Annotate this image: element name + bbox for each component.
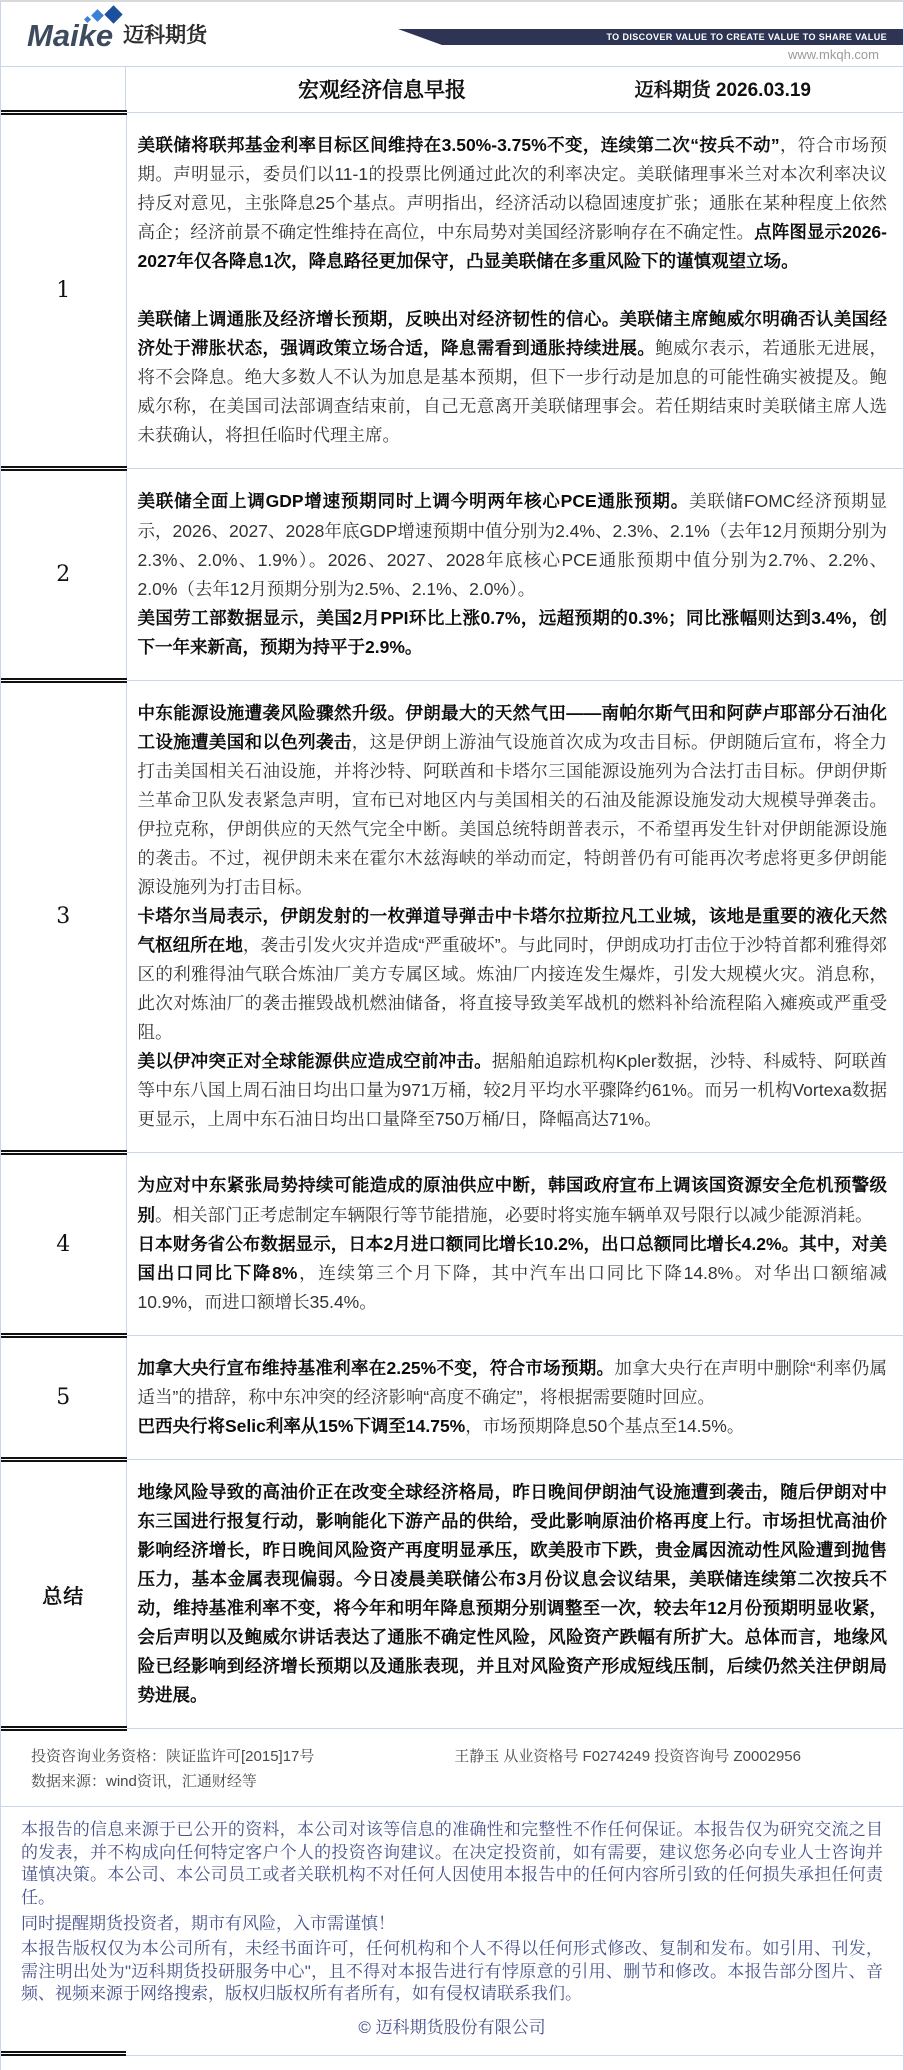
report-row: 3中东能源设施遭袭风险骤然升级。伊朗最大的天然气田——南帕尔斯气田和阿萨卢耶部分… [1,680,903,1153]
slogan-banner: TO DISCOVER VALUE TO CREATE VALUE TO SHA… [398,29,903,45]
row-label: 4 [1,1153,126,1335]
emphasis-text: 美以伊冲突正对全球能源供应造成空前冲击。 [138,1051,492,1071]
analyst-credentials: 王静玉 从业资格号 F0274249 投资咨询号 Z0002956 [454,1744,801,1769]
emphasis-text: 美联储全面上调GDP增速预期同时上调今明两年核心PCE通胀预期。 [138,491,690,511]
titlebar-left-cell [1,67,126,110]
brand-date: 迈科期货 2026.03.19 [635,75,811,102]
report-row: 4为应对中东紧张局势持续可能造成的原油供应中断，韩国政府宣布上调该国资源安全危机… [1,1153,903,1335]
header: Maike迈科期货 TO DISCOVER VALUE TO CREATE VA… [1,2,903,66]
report-table-body: 1美联储将联邦基金利率目标区间维持在3.50%-3.75%不变，连续第二次“按兵… [1,113,903,1729]
paragraph: 美联储全面上调GDP增速预期同时上调今明两年核心PCE通胀预期。美联储FOMC经… [138,487,888,603]
data-source-text: 数据来源：wind资讯，汇通财经等 [1,1769,903,1806]
paragraph: 美联储将联邦基金利率目标区间维持在3.50%-3.75%不变，连续第二次“按兵不… [138,131,888,276]
row-label: 总结 [1,1459,126,1728]
emphasis-text: 巴西央行将Selic利率从15%下调至14.75% [138,1416,466,1436]
paragraph: 中东能源设施遭袭风险骤然升级。伊朗最大的天然气田——南帕尔斯气田和阿萨卢耶部分石… [138,699,888,902]
disclaimer-paragraph: 本报告版权仅为本公司所有，未经书面许可，任何机构和个人不得以任何形式修改、复制和… [21,1938,883,2006]
body-text: ，袭击引发火灾并造成“严重破坏”。与此同时，伊朗成功打击位于沙特首都利雅得郊区的… [138,935,888,1042]
paragraph: 日本财务省公布数据显示，日本2月进口额同比增长10.2%，出口总额同比增长4.2… [138,1230,888,1317]
row-content: 美联储全面上调GDP增速预期同时上调今明两年核心PCE通胀预期。美联储FOMC经… [126,469,903,680]
bottom-rule [1,2048,903,2056]
row-content: 美联储将联邦基金利率目标区间维持在3.50%-3.75%不变，连续第二次“按兵不… [126,113,903,469]
report-row: 5加拿大央行宣布维持基准利率在2.25%不变，符合市场预期。加拿大央行在声明中删… [1,1335,903,1459]
company-logo: Maike迈科期货 [27,18,207,54]
row-content: 为应对中东紧张局势持续可能造成的原油供应中断，韩国政府宣布上调该国资源安全危机预… [126,1153,903,1335]
paragraph: 美国劳工部数据显示，美国2月PPI环比上涨0.7%，远超预期的0.3%；同比涨幅… [138,604,888,662]
emphasis-text: 加拿大央行宣布维持基准利率在2.25%不变，符合市场预期。 [138,1358,615,1378]
bottom-space [1,2056,903,2070]
report-page: Maike迈科期货 TO DISCOVER VALUE TO CREATE VA… [0,0,904,2070]
paragraph: 美以伊冲突正对全球能源供应造成空前冲击。据船舶追踪机构Kpler数据，沙特、科威… [138,1047,888,1134]
body-text: ，市场预期降息50个基点至14.5%。 [465,1416,744,1436]
logo-text-cn: 迈科期货 [123,24,207,47]
body-text: ，这是伊朗上游油气设施首次成为攻击目标。伊朗随后宣布，将全力打击美国相关石油设施… [138,732,888,897]
report-row: 2美联储全面上调GDP增速预期同时上调今明两年核心PCE通胀预期。美联储FOMC… [1,469,903,680]
website-url: www.mkqh.com [788,47,879,62]
page-title: 宏观经济信息早报 [298,74,466,104]
row-label: 3 [1,680,126,1153]
report-row: 总结地缘风险导致的高油价正在改变全球经济格局，昨日晚间伊朗油气设施遭到袭击，随后… [1,1459,903,1728]
slogan-text: TO DISCOVER VALUE TO CREATE VALUE TO SHA… [606,32,887,42]
row-content: 地缘风险导致的高油价正在改变全球经济格局，昨日晚间伊朗油气设施遭到袭击，随后伊朗… [126,1459,903,1728]
disclaimer-paragraph: 同时提醒期货投资者，期市有风险，入市需谨慎！ [21,1913,883,1936]
logo-text-en: Maike [27,18,113,53]
body-text: 。相关部门正考虑制定车辆限行等节能措施，必要时将实施车辆单双号限行以减少能源消耗… [155,1205,873,1225]
paragraph: 为应对中东紧张局势持续可能造成的原油供应中断，韩国政府宣布上调该国资源安全危机预… [138,1171,888,1229]
paragraph: 加拿大央行宣布维持基准利率在2.25%不变，符合市场预期。加拿大央行在声明中删除… [138,1354,888,1412]
paragraph: 巴西央行将Selic利率从15%下调至14.75%，市场预期降息50个基点至14… [138,1412,888,1441]
disclaimer-paragraph: 本报告的信息来源于已公开的资料，本公司对该等信息的准确性和完整性不作任何保证。本… [21,1819,883,1909]
report-row: 1美联储将联邦基金利率目标区间维持在3.50%-3.75%不变，连续第二次“按兵… [1,113,903,469]
credentials-row: 投资咨询业务资格：陕证监许可[2015]17号 王静玉 从业资格号 F02742… [1,1731,903,1769]
paragraph: 地缘风险导致的高油价正在改变全球经济格局，昨日晚间伊朗油气设施遭到袭击，随后伊朗… [138,1478,888,1710]
emphasis-text: 地缘风险导致的高油价正在改变全球经济格局，昨日晚间伊朗油气设施遭到袭击，随后伊朗… [138,1482,888,1705]
bottom-rule-left [1,2051,126,2056]
row-label: 1 [1,113,126,469]
qualification-text: 投资咨询业务资格：陕证监许可[2015]17号 [31,1744,314,1769]
titlebar: 宏观经济信息早报 迈科期货 2026.03.19 [1,66,903,110]
paragraph: 卡塔尔当局表示，伊朗发射的一枚弹道导弹击中卡塔尔拉斯拉凡工业城，该地是重要的液化… [138,902,888,1047]
disclaimer-block: 本报告的信息来源于已公开的资料，本公司对该等信息的准确性和完整性不作任何保证。本… [1,1806,903,2011]
emphasis-text: 美国劳工部数据显示，美国2月PPI环比上涨0.7%，远超预期的0.3%；同比涨幅… [138,608,888,657]
emphasis-text: 美联储将联邦基金利率目标区间维持在3.50%-3.75%不变，连续第二次“按兵不… [138,135,780,155]
row-label: 5 [1,1335,126,1459]
report-table: 1美联储将联邦基金利率目标区间维持在3.50%-3.75%不变，连续第二次“按兵… [1,110,903,1731]
row-content: 加拿大央行宣布维持基准利率在2.25%不变，符合市场预期。加拿大央行在声明中删除… [126,1335,903,1459]
paragraph: 美联储上调通胀及经济增长预期，反映出对经济韧性的信心。美联储主席鲍威尔明确否认美… [138,305,888,450]
row-label: 2 [1,469,126,680]
copyright-line: © 迈科期货股份有限公司 [1,2011,903,2048]
row-content: 中东能源设施遭袭风险骤然升级。伊朗最大的天然气田——南帕尔斯气田和阿萨卢耶部分石… [126,680,903,1153]
